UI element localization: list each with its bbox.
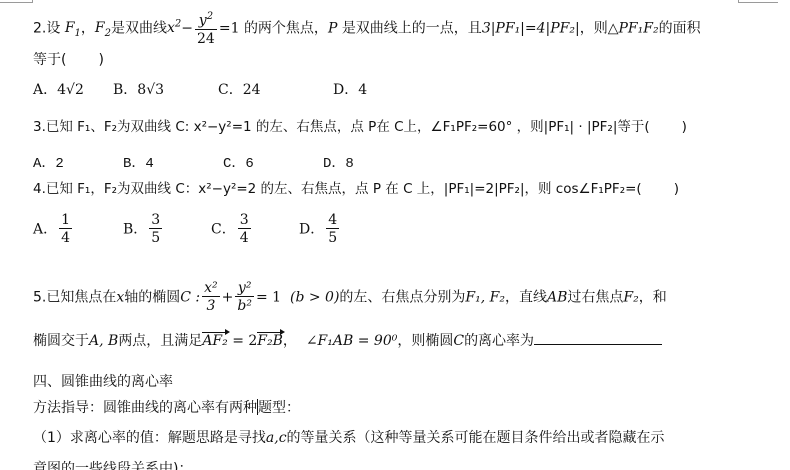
math-AB: AB: [547, 290, 567, 306]
text: ，和: [639, 290, 667, 306]
math-F2: F2: [95, 20, 111, 36]
option-c[interactable]: C．6: [223, 155, 323, 173]
text: 两点，且满足: [118, 333, 202, 349]
text: 是双曲线: [111, 20, 167, 36]
text: 5.已知焦点在: [33, 290, 116, 306]
option-c[interactable]: C．34: [211, 212, 299, 247]
option-d[interactable]: D．45: [299, 212, 341, 247]
text: 的等量关系（这种等量关系可能在题目条件给出或者隐藏在示: [287, 430, 665, 446]
math-C: C :: [180, 290, 200, 306]
text: 的两个焦点，: [244, 20, 328, 36]
math-F2: F₂: [623, 290, 638, 306]
option-c[interactable]: C．24: [218, 81, 333, 99]
text: ，则△: [580, 20, 619, 36]
text: 的面积: [659, 20, 701, 36]
heading-text: 四、圆锥曲线的离心率: [33, 374, 173, 390]
text: 3.已知 F₁、F₂为双曲线 C: x²−y²=1 的左、右焦点，点 P在 C上…: [33, 119, 650, 135]
question-4-stem: 4.已知 F₁，F₂为双曲线 C：x²−y²=2 的左、右焦点，点 P 在 C …: [33, 180, 679, 198]
math-P: P: [328, 20, 337, 36]
question-2-stem-cont: 等于(): [33, 51, 104, 69]
math-condition: 3|PF₁|=4|PF₂|: [482, 20, 580, 36]
math-angle: ∠F₁AB = 90⁰: [306, 333, 398, 349]
math-F1: F1: [65, 20, 81, 36]
method-guide: 方法指导：圆锥曲线的离心率有两种题型：: [33, 399, 300, 417]
text: （1）求离心率的值：解题思路是寻找: [33, 430, 266, 446]
text: 等于(: [33, 52, 66, 68]
vector-AF2: AF₂: [202, 332, 227, 349]
text: 设: [46, 20, 60, 36]
math-triangle: PF₁F₂: [619, 20, 659, 36]
option-b[interactable]: B．8√3: [113, 81, 218, 99]
fraction-y2-over-24: y224: [195, 9, 217, 48]
text: 过右焦点: [567, 290, 623, 306]
question-3-stem: 3.已知 F₁、F₂为双曲线 C: x²−y²=1 的左、右焦点，点 P在 C上…: [33, 118, 687, 136]
math-a-c: a,c: [266, 430, 287, 446]
text: ): [674, 181, 679, 197]
plus-sign: +: [222, 290, 234, 306]
text: ，: [81, 20, 95, 36]
text: 的离心率为: [464, 333, 534, 349]
equation-rhs: = 1: [256, 290, 281, 306]
math-foci: F₁, F₂: [465, 290, 505, 306]
math-condition: (b > 0): [290, 290, 339, 306]
question-number: 2.: [33, 20, 46, 36]
text: ，: [283, 333, 297, 349]
question-5-stem: 5.已知焦点在x轴的椭圆C :x²3+y²b²= 1 (b > 0)的左、右焦点…: [33, 280, 667, 315]
answer-blank[interactable]: [534, 330, 662, 345]
math-C: C: [453, 333, 464, 349]
text: = 2: [228, 333, 258, 349]
page-corner-mark-left-tick: [32, 0, 33, 3]
page-corner-mark-right-tick: [738, 0, 739, 3]
option-a[interactable]: A．4√2: [33, 81, 113, 99]
fraction-y2-over-b2: y²b²: [235, 280, 254, 315]
question-4-options: A．14B．35C．34D．45: [33, 212, 341, 247]
text: 意图的一些线段关系中)；: [33, 461, 192, 470]
method-item-1-cont: 意图的一些线段关系中)；: [33, 460, 192, 470]
equation-rhs: =1: [219, 20, 240, 36]
option-d[interactable]: D．8: [323, 155, 354, 173]
text: ): [682, 119, 687, 135]
text: 轴的椭圆: [124, 290, 180, 306]
text: ): [98, 52, 103, 68]
fraction-x2-over-3: x²3: [202, 280, 220, 315]
text: 是双曲线上的一点，且: [342, 20, 482, 36]
text: ，则椭圆: [397, 333, 453, 349]
option-a[interactable]: A．2: [33, 155, 123, 173]
text: 的左、右焦点分别为: [339, 290, 465, 306]
math-x-squared: x2: [167, 20, 181, 36]
question-3-options: A．2B．4C．6D．8: [33, 154, 354, 173]
option-a[interactable]: A．14: [33, 212, 123, 247]
page-corner-mark-left: [0, 2, 32, 3]
option-d[interactable]: D．4: [333, 81, 367, 99]
page-corner-mark-right: [738, 2, 778, 3]
question-2-options: A．4√2B．8√3C．24D．4: [33, 81, 367, 99]
method-item-1: （1）求离心率的值：解题思路是寻找a,c的等量关系（这种等量关系可能在题目条件给…: [33, 429, 665, 447]
math-points-AB: A, B: [89, 333, 118, 349]
question-2-stem: 2.设 F1，F2是双曲线x2−y224=1 的两个焦点，P 是双曲线上的一点，…: [33, 9, 701, 48]
text: 4.已知 F₁，F₂为双曲线 C：x²−y²=2 的左、右焦点，点 P 在 C …: [33, 181, 642, 197]
text: 方法指导：圆锥曲线的离心率有两种: [33, 400, 257, 416]
text: 椭圆交于: [33, 333, 89, 349]
option-b[interactable]: B．35: [123, 212, 211, 247]
vector-F2B: F₂B: [257, 332, 283, 349]
text: 题型：: [258, 400, 300, 416]
text: ，直线: [505, 290, 547, 306]
minus-sign: −: [181, 20, 193, 36]
option-b[interactable]: B．4: [123, 155, 223, 173]
section-heading: 四、圆锥曲线的离心率: [33, 373, 173, 391]
question-5-stem-cont: 椭圆交于A, B两点，且满足AF₂ = 2F₂B， ∠F₁AB = 90⁰，则椭…: [33, 330, 662, 350]
